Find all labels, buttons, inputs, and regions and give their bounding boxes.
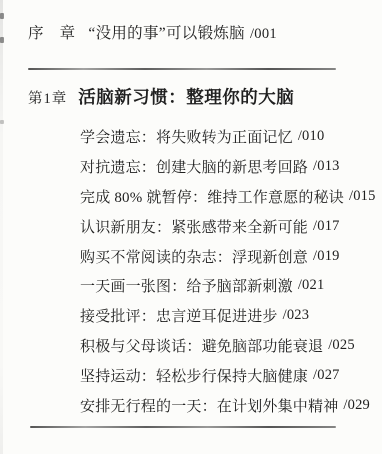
book-page: 序 章“没用的事”可以锻炼脑/001 第1章 活脑新习惯：整理你的大脑 学会遗忘…: [0, 0, 382, 454]
toc-item-text: 接受批评：忠言逆耳促进进步: [80, 305, 278, 326]
toc-item: 认识新朋友：紧张感带来全新可能 /017: [80, 211, 378, 241]
chapter-number: 第1章: [28, 87, 67, 108]
toc-item-text: 积极与父母谈话：避免脑部功能衰退: [80, 335, 323, 356]
chapter-title: 活脑新习惯：整理你的大脑: [78, 84, 294, 109]
toc-item-text: 坚持运动：轻松步行保持大脑健康: [80, 365, 308, 386]
toc-item: 接受批评：忠言逆耳促进进步 /023: [80, 301, 378, 331]
toc-item: 完成 80% 就暂停：维持工作意愿的秘诀 /015: [80, 182, 378, 212]
preface-page-number: /001: [250, 26, 277, 42]
toc-item: 学会遗忘：将失败转为正面记忆 /010: [80, 122, 378, 152]
toc-item-text: 认识新朋友：紧张感带来全新可能: [80, 216, 308, 237]
toc-item-page: /027: [313, 367, 340, 384]
toc-item-text: 购买不常阅读的杂志：浮现新创意: [80, 246, 308, 267]
scan-artifact: [0, 13, 4, 19]
toc-item-page: /017: [313, 218, 340, 235]
toc-item-text: 安排无行程的一天：在计划外集中精神: [80, 395, 338, 416]
toc-item-page: /015: [349, 188, 376, 205]
toc-item-page: /029: [343, 397, 370, 414]
toc-item-page: /021: [298, 277, 325, 294]
toc-item-page: /013: [313, 158, 340, 175]
toc-item: 积极与父母谈话：避免脑部功能衰退 /025: [80, 331, 378, 361]
scan-artifact: [0, 120, 4, 124]
toc-list: 学会遗忘：将失败转为正面记忆 /010 对抗遗忘：创建大脑的新思考回路 /013…: [80, 122, 378, 420]
chapter-heading: 第1章 活脑新习惯：整理你的大脑: [28, 84, 376, 109]
scan-artifact: [0, 37, 4, 43]
toc-item: 对抗遗忘：创建大脑的新思考回路 /013: [80, 152, 378, 182]
toc-item: 坚持运动：轻松步行保持大脑健康 /027: [80, 360, 378, 390]
preface-title: “没用的事”可以锻炼脑: [88, 25, 245, 42]
toc-item: 一天画一张图：给予脑部新刺激 /021: [80, 271, 378, 301]
toc-item-text: 对抗遗忘：创建大脑的新思考回路: [80, 156, 308, 177]
preface-label: 序 章: [28, 25, 75, 42]
toc-item-text: 一天画一张图：给予脑部新刺激: [80, 275, 293, 296]
toc-item-text: 学会遗忘：将失败转为正面记忆: [80, 126, 293, 147]
toc-item-page: /019: [313, 248, 340, 265]
divider-top: [28, 68, 336, 70]
toc-item: 安排无行程的一天：在计划外集中精神 /029: [80, 390, 378, 420]
preface-entry: 序 章“没用的事”可以锻炼脑/001: [28, 21, 372, 43]
toc-item-page: /010: [298, 128, 325, 145]
divider-bottom: [30, 426, 336, 428]
toc-item-page: /023: [283, 307, 310, 324]
toc-item: 购买不常阅读的杂志：浮现新创意 /019: [80, 241, 378, 271]
toc-item-text: 完成 80% 就暂停：维持工作意愿的秘诀: [80, 186, 344, 207]
toc-item-page: /025: [328, 337, 355, 354]
scan-gutter-shadow: [0, 0, 3, 454]
